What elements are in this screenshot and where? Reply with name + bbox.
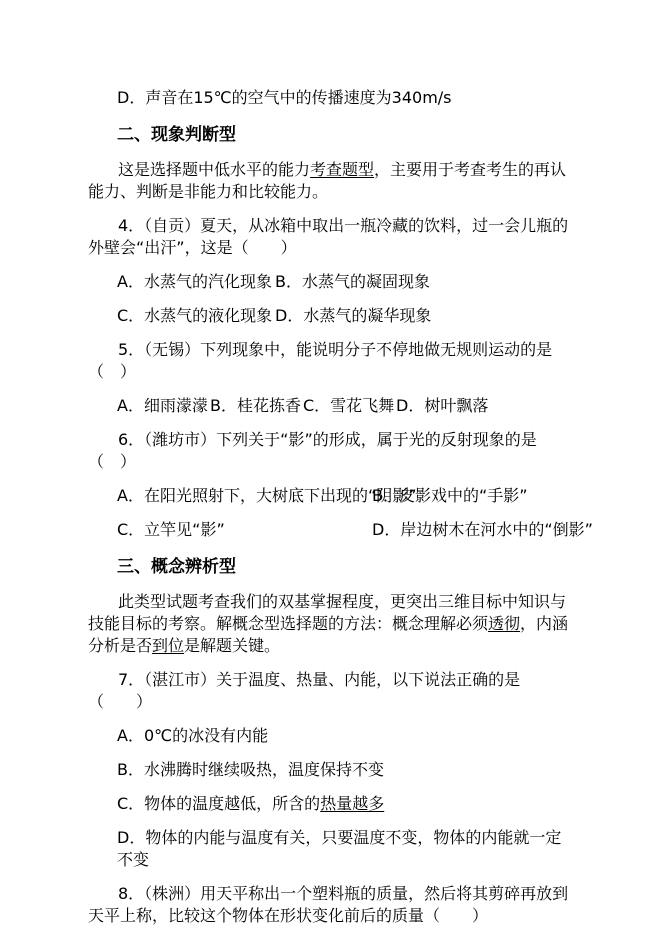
section-3-intro-underlined-1: 透彻: [488, 614, 520, 633]
section-3-intro-post: 是解题关键。: [184, 636, 280, 655]
document-page: D．声音在15℃的空气中的传播速度为340m/s 二、现象判断型 这是选择题中低…: [0, 0, 661, 935]
section-2-intro-pre: 这是选择题中低水平的能力: [118, 160, 310, 179]
q7-option-b: B．水沸腾时继续吸热，温度保持不变: [117, 759, 573, 781]
q7-option-c: C．物体的温度越低，所含的热量越多: [117, 793, 573, 815]
section-2-intro-underlined: 考查题型: [310, 160, 374, 179]
q7-stem: 7．（湛江市）关于温度、热量、内能，以下说法正确的是（ ）: [88, 669, 573, 713]
q5-option-c: C．雪花飞舞: [303, 395, 396, 417]
q7-option-d: D．物体的内能与温度有关，只要温度不变，物体的内能就一定不变: [117, 827, 573, 871]
q5-options-row: A．细雨濛濛 B．桂花拣香 C．雪花飞舞 D．树叶飘落: [117, 395, 573, 417]
q4-option-d: D．水蒸气的凝华现象: [275, 305, 431, 327]
q7-option-c-underlined: 热量越多: [320, 794, 384, 813]
q8-stem: 8．（株洲）用天平称出一个塑料瓶的质量，然后将其剪碎再放到天平上称，比较这个物体…: [88, 883, 573, 927]
q5-option-d: D．树叶飘落: [396, 395, 488, 417]
q6-option-d: D．岸边树木在河水中的“倒影”: [372, 519, 593, 541]
q5-stem: 5．（无锡）下列现象中，能说明分子不停地做无规则运动的是（ ）: [88, 339, 573, 383]
q6-options-row-2: C．立竿见“影” D．岸边树木在河水中的“倒影”: [117, 519, 573, 541]
q5-option-a: A．细雨濛濛: [117, 395, 210, 417]
q6-stem: 6．（潍坊市）下列关于“影”的形成，属于光的反射现象的是（ ）: [88, 429, 573, 473]
q7-option-c-pre: C．物体的温度越低，所含的: [117, 794, 320, 813]
section-2-intro: 这是选择题中低水平的能力考查题型，主要用于考查考生的再认能力、判断是非能力和比较…: [88, 159, 573, 203]
q4-option-a: A．水蒸气的汽化现象: [117, 271, 275, 293]
q4-option-c: C．水蒸气的液化现象: [117, 305, 275, 327]
section-3-heading: 三、概念辨析型: [88, 555, 573, 579]
q5-option-b: B．桂花拣香: [210, 395, 303, 417]
q6-options-row-1: A．在阳光照射下，大树底下出现的“阴影” B．皮影戏中的“手影”: [117, 485, 573, 507]
q7-option-a: A．0℃的冰没有内能: [117, 725, 573, 747]
section-2-heading: 二、现象判断型: [88, 123, 573, 147]
q4-option-b: B．水蒸气的凝固现象: [275, 271, 430, 293]
q4-stem: 4．（自贡）夏天，从冰箱中取出一瓶冷藏的饮料，过一会儿瓶的外壁会“出汗”，这是（…: [88, 215, 573, 259]
q3-option-d: D．声音在15℃的空气中的传播速度为340m/s: [117, 87, 573, 109]
section-3-intro-underlined-2: 到位: [152, 636, 184, 655]
section-3-intro: 此类型试题考查我们的双基掌握程度，更突出三维目标中知识与技能目标的考察。解概念型…: [88, 591, 573, 657]
q6-option-a: A．在阳光照射下，大树底下出现的“阴影”: [117, 485, 372, 507]
q4-options-row-2: C．水蒸气的液化现象 D．水蒸气的凝华现象: [117, 305, 573, 327]
q6-option-b: B．皮影戏中的“手影”: [372, 485, 528, 507]
q4-options-row-1: A．水蒸气的汽化现象 B．水蒸气的凝固现象: [117, 271, 573, 293]
q6-option-c: C．立竿见“影”: [117, 519, 372, 541]
